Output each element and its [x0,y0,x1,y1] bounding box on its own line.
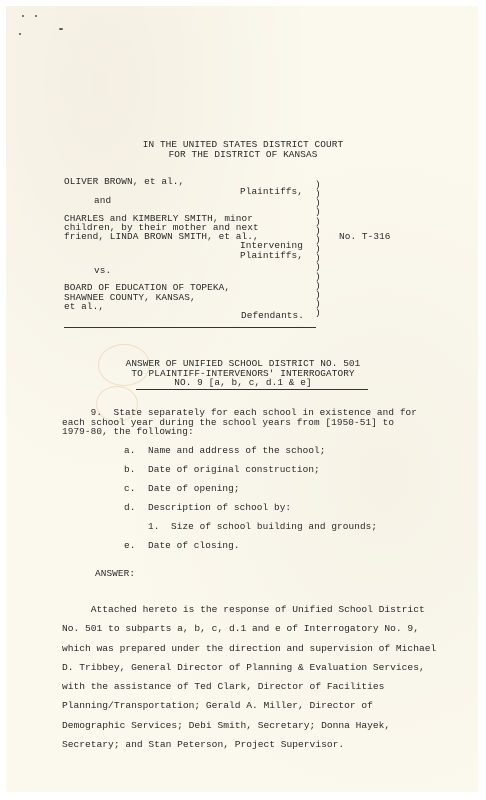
item-text: Size of school building and grounds; [171,522,377,532]
court-heading-line2: FOR THE DISTRICT OF KANSAS [0,150,486,160]
caption-paren-column: ) ) ) ) ) ) ) ) ) ) ) ) ) ) ) [315,180,321,317]
item-text: Date of closing. [148,541,240,551]
interrogatory-line3: 1979-80, the following: [62,427,194,437]
intervenors-role2: Plaintiffs, [240,251,303,261]
item-text: Date of original construction; [148,465,320,475]
answer-title-line3: NO. 9 [a, b, c, d.1 & e] [0,378,486,388]
title-underline [136,389,368,390]
scan-speck [35,15,37,17]
item-text: Name and address of the school; [148,446,326,456]
case-number: No. T-316 [339,232,391,242]
intervenors-line3: friend, LINDA BROWN SMITH, et al., [64,232,259,242]
scan-speck [19,33,21,35]
defendant-line3: et al., [64,302,104,312]
item-label: 1. [148,522,159,532]
scan-speck [59,28,63,30]
item-label: c. [124,484,135,494]
scan-speck [22,15,24,17]
caption-and: and [94,196,111,206]
answer-paragraph: Attached hereto is the response of Unifi… [62,600,392,754]
item-label: b. [124,465,135,475]
caption-underline [64,327,316,328]
item-label: a. [124,446,135,456]
plaintiff-name: OLIVER BROWN, et al., [64,177,184,187]
plaintiff-role: Plaintiffs, [240,187,303,197]
item-label: d. [124,503,135,513]
item-text: Date of opening; [148,484,240,494]
defendant-role: Defendants. [241,311,304,321]
caption-vs: vs. [94,266,111,276]
item-text: Description of school by: [148,503,291,513]
item-label: e. [124,541,135,551]
answer-heading: ANSWER: [95,569,135,579]
